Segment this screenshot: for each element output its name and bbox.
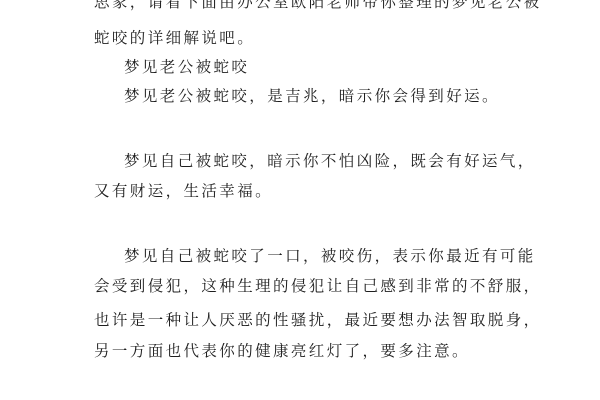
paragraph-1-line-1: 梦见老公被蛇咬，是吉兆，暗示你会得到好运。 [124, 86, 500, 106]
paragraph-3-line-4: 另一方面也代表你的健康亮红灯了，要多注意。 [94, 341, 470, 361]
paragraph-3-line-2: 会受到侵犯，这种生理的侵犯让自己感到非常的不舒服， [94, 276, 542, 296]
paragraph-3-line-1: 梦见自己被蛇咬了一口，被咬伤，表示你最近有可能 [124, 246, 536, 266]
document-page: 思家，请看下面由办公室欧阳老师带你整理的梦见老公被 蛇咬的详细解说吧。 梦见老公… [0, 0, 600, 400]
paragraph-2-line-2: 又有财运，生活幸福。 [94, 181, 273, 201]
section-heading: 梦见老公被蛇咬 [124, 57, 249, 77]
paragraph-2-line-1: 梦见自己被蛇咬，暗示你不怕凶险，既会有好运气， [124, 151, 536, 171]
intro-line-2: 蛇咬的详细解说吧。 [94, 28, 255, 48]
intro-line-1: 思家，请看下面由办公室欧阳老师带你整理的梦见老公被 [94, 0, 542, 12]
paragraph-3-line-3: 也许是一种让人厌恶的性骚扰，最近要想办法智取脱身， [94, 310, 542, 330]
